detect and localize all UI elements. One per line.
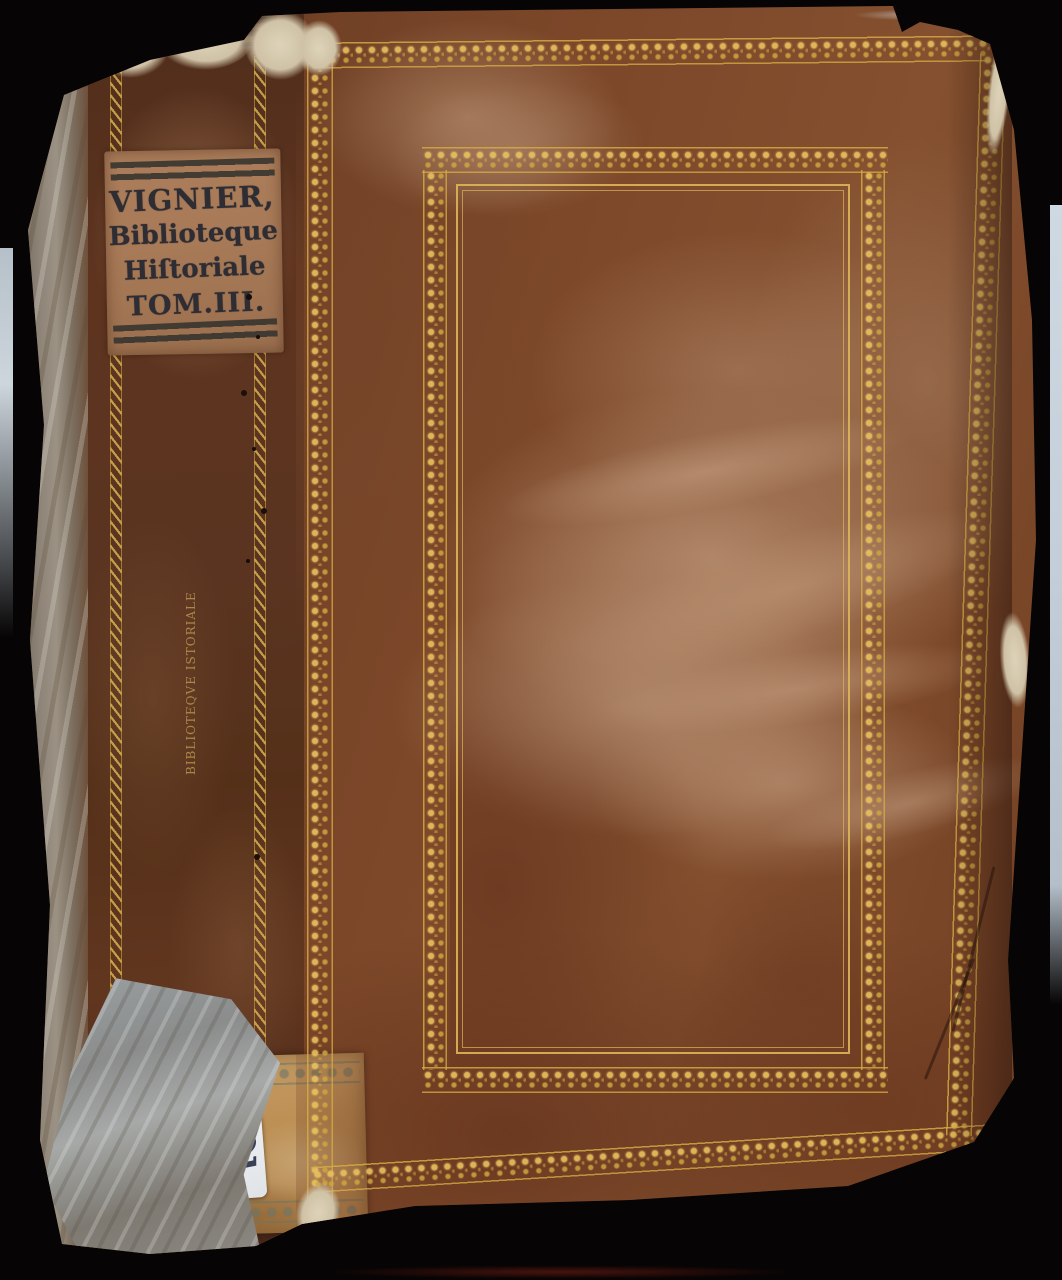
- ink-rule: [110, 158, 275, 183]
- spine-title-text: VIGNIER, Biblioteque Hiſtoriale TOM.III.: [103, 179, 284, 327]
- center-panel: [422, 146, 888, 1096]
- panel-gilt-roll-top: [422, 146, 888, 176]
- panel-gilt-roll-left: [422, 170, 450, 1070]
- spine-title-label: VIGNIER, Biblioteque Hiſtoriale TOM.III.: [104, 148, 284, 355]
- top-edge-sheen: [836, 8, 1006, 22]
- book-cover-photo: VIGNIER, Biblioteque Hiſtoriale TOM.III.…: [0, 0, 1062, 1280]
- front-cover: [296, 4, 1012, 1260]
- headcap-tear: [90, 12, 170, 78]
- wormholes: [246, 294, 252, 300]
- background-sliver: [1050, 205, 1062, 1005]
- gilt-fillet-frame: [456, 184, 850, 1054]
- gilt-border-roll-left: [306, 46, 336, 1204]
- gilt-fillet-frame-inner: [462, 190, 844, 1048]
- spine-gilt-lettering: BIBLIOTEQVE ISTORIALE: [184, 548, 218, 818]
- corner-tear: [296, 20, 342, 76]
- panel-gilt-roll-right: [860, 170, 888, 1070]
- table-reflection: [280, 1264, 840, 1280]
- background-sliver: [0, 248, 13, 638]
- photo-stage: VIGNIER, Biblioteque Hiſtoriale TOM.III.…: [0, 0, 1062, 1280]
- panel-gilt-roll-bottom: [422, 1066, 888, 1096]
